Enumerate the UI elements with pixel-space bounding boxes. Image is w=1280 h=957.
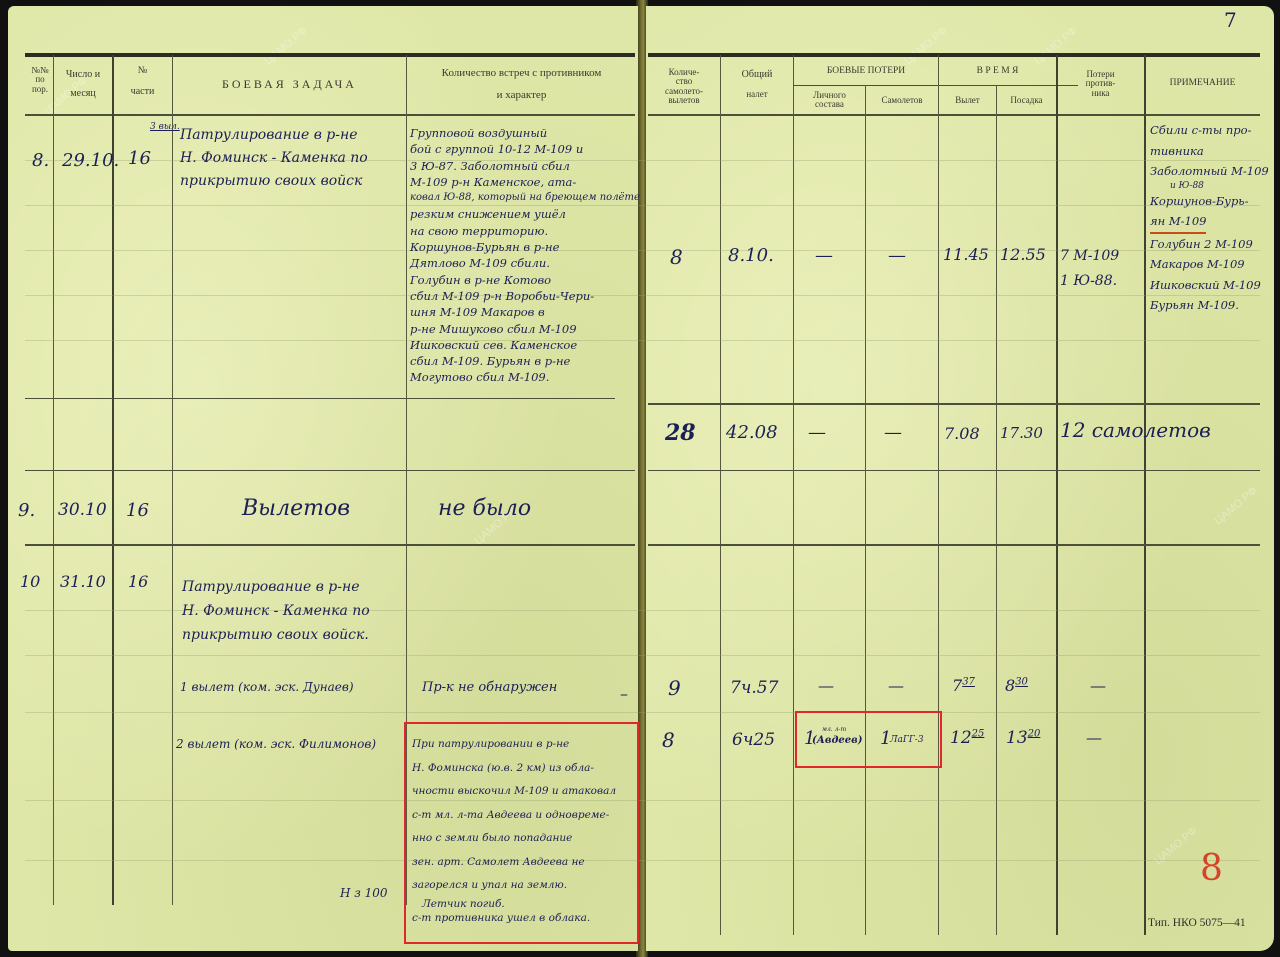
total-loss-aircraft: — bbox=[884, 422, 902, 443]
encounter-line: чности выскочил М-109 и атаковал bbox=[412, 780, 616, 804]
total-flight-time: 42.08 bbox=[726, 422, 778, 443]
header-text: налет bbox=[721, 90, 793, 99]
row-divider bbox=[648, 470, 1260, 471]
header-remarks: ПРИМЕЧАНИЕ bbox=[1145, 79, 1260, 89]
sortie-landing: 1320 bbox=[1006, 728, 1040, 748]
col-divider bbox=[112, 55, 114, 905]
row-remarks: Сбили с-ты про- тивника Заболотный М-109… bbox=[1150, 120, 1269, 316]
task-prefix: 3 выл. bbox=[150, 122, 180, 132]
header-text: месяц bbox=[54, 89, 112, 100]
row-divider bbox=[648, 544, 1260, 546]
row-divider bbox=[25, 544, 635, 546]
total-landing: 17.30 bbox=[1000, 424, 1043, 442]
encounter-line: нно с земли было попадание bbox=[412, 827, 616, 851]
encounter-line: Могутово сбил М-109. bbox=[410, 369, 640, 385]
takeoff-hour: 7 bbox=[952, 676, 962, 695]
header-encounters: Количество встреч с противником и характ… bbox=[407, 68, 636, 101]
encounter-line: шня М-109 Макаров в bbox=[410, 304, 640, 320]
encounter-line: р-не Мишуково сбил М-109 bbox=[410, 321, 640, 337]
encounter-line: загорелся и упал на землю. bbox=[412, 874, 616, 898]
header-enemy-losses: Потери против- ника bbox=[1057, 70, 1144, 98]
row-loss-aircraft: — bbox=[888, 245, 906, 266]
header-text: части bbox=[113, 87, 172, 98]
enemy-loss-line: 1 Ю-88. bbox=[1060, 269, 1119, 294]
row-loss-personnel: — bbox=[815, 245, 833, 266]
table-top-border bbox=[648, 53, 1260, 57]
header-text: Общий bbox=[721, 70, 793, 81]
remark-line: Сбили с-ты про- bbox=[1150, 120, 1269, 141]
encounter-line: зен. арт. Самолет Авдеева не bbox=[412, 851, 616, 875]
col-divider bbox=[938, 55, 939, 935]
row-encounters: Групповой воздушный бой с группой 10-12 … bbox=[410, 125, 640, 386]
header-landing: Посадка bbox=[997, 96, 1056, 105]
row-enemy-losses: 7 М-109 1 Ю-88. bbox=[1060, 244, 1119, 294]
sortie-enemy-losses: — bbox=[1090, 676, 1106, 695]
row-divider bbox=[25, 398, 615, 399]
row-encounters: не было bbox=[438, 496, 531, 521]
row-unit: 16 bbox=[128, 572, 148, 591]
row-date: 29.10. bbox=[62, 150, 119, 171]
task-line: прикрытию своих войск. bbox=[182, 623, 370, 647]
header-bottom-border bbox=[648, 114, 1260, 116]
header-losses: БОЕВЫЕ ПОТЕРИ bbox=[794, 67, 938, 77]
subheader-divider bbox=[793, 85, 1078, 86]
row-num: 10 bbox=[20, 572, 40, 591]
sortie-landing: 830 bbox=[1005, 676, 1028, 695]
col-divider bbox=[996, 85, 997, 935]
row-divider bbox=[25, 470, 635, 471]
col-divider bbox=[53, 55, 54, 905]
total-takeoff: 7.08 bbox=[944, 424, 980, 443]
encounter-line: Дятлово М-109 сбили. bbox=[410, 255, 640, 271]
col-divider bbox=[1056, 55, 1058, 935]
total-remarks: 12 самолетов bbox=[1060, 418, 1211, 442]
takeoff-hour: 12 bbox=[950, 728, 972, 748]
task-line: Н. Фоминск - Каменка по bbox=[180, 147, 368, 170]
row-task: Патрулирование в р-не Н. Фоминск - Камен… bbox=[180, 124, 368, 193]
col-divider bbox=[172, 55, 173, 905]
task-line: прикрытию своих войск bbox=[180, 170, 368, 193]
encounter-line: резким снижением ушёл bbox=[410, 206, 640, 222]
landing-minute: 30 bbox=[1015, 677, 1028, 688]
header-losses-personnel: Личного состава bbox=[794, 91, 865, 110]
sortie-flight-time: 6ч25 bbox=[732, 730, 775, 750]
total-loss-personnel: — bbox=[808, 422, 826, 443]
remark-line: Ишковский М-109 bbox=[1150, 275, 1269, 296]
landing-hour: 13 bbox=[1006, 728, 1028, 748]
header-losses-aircraft: Самолетов bbox=[866, 96, 938, 105]
col-divider bbox=[865, 85, 866, 935]
header-text: Число и bbox=[54, 70, 112, 81]
encounter-line: на свою территорию. bbox=[410, 223, 640, 239]
encounter-line: с-т противника ушел в облака. bbox=[412, 910, 616, 926]
takeoff-minute: 25 bbox=[972, 728, 985, 739]
header-text: Количество встреч с противником bbox=[407, 68, 636, 80]
encounter-line: Ишковский сев. Каменское bbox=[410, 337, 640, 353]
encounter-line: сбил М-109 р-н Воробьи-Чери- bbox=[410, 288, 640, 304]
header-text: № bbox=[113, 66, 172, 77]
row-unit: 16 bbox=[126, 500, 149, 521]
encounter-line: с-т мл. л-та Авдеева и одновреме- bbox=[412, 804, 616, 828]
sortie-label: 1 вылет (ком. эск. Дунаев) bbox=[180, 680, 354, 694]
remark-line: тивника bbox=[1150, 141, 1269, 162]
remark-line: Бурьян М-109. bbox=[1150, 295, 1269, 316]
encounter-line: Н. Фоминска (ю.в. 2 км) из обла- bbox=[412, 757, 616, 781]
ruled-line bbox=[25, 712, 1260, 713]
encounter-line: ковал Ю-88, который на бреющем полёте bbox=[410, 190, 640, 206]
header-bottom-border bbox=[25, 114, 635, 116]
header-text: ника bbox=[1057, 89, 1144, 98]
sortie-loss-personnel: — bbox=[818, 676, 834, 695]
remark-line: Коршунов-Бурь- bbox=[1150, 191, 1269, 212]
task-line: Патрулирование в р-не bbox=[182, 575, 370, 599]
remark-line: Заболотный М-109 bbox=[1150, 161, 1269, 182]
row-date: 31.10 bbox=[60, 572, 106, 591]
col-divider bbox=[1144, 55, 1146, 935]
encounter-line: При патрулировании в р-не bbox=[412, 733, 616, 757]
loss-personnel-rank: мл. л-т bbox=[822, 726, 846, 733]
loss-personnel-name: (Авдеев) bbox=[812, 735, 862, 746]
header-time: В Р Е М Я bbox=[939, 67, 1056, 77]
task-line: Н. Фоминск - Каменка по bbox=[182, 599, 370, 623]
total-sorties: 28 bbox=[665, 420, 696, 446]
row-task: Вылетов bbox=[242, 496, 350, 521]
encounter-line: Голубин в р-не Котово bbox=[410, 272, 640, 288]
sortie-encounters: При патрулировании в р-не Н. Фоминска (ю… bbox=[412, 733, 616, 926]
header-text: вылетов bbox=[648, 96, 720, 105]
sortie-takeoff: 1225 bbox=[950, 728, 984, 748]
sortie-sorties: 8 bbox=[662, 728, 675, 752]
encounter-line: Групповой воздушный bbox=[410, 125, 640, 141]
sortie-loss-aircraft: — bbox=[888, 676, 904, 695]
task-line: Патрулирование в р-не bbox=[180, 124, 368, 147]
header-text: и характер bbox=[407, 90, 636, 102]
page-number: 7 bbox=[1224, 8, 1237, 32]
side-note: Н з 100 bbox=[340, 886, 388, 900]
remark-line: Голубин 2 М-109 bbox=[1150, 234, 1269, 255]
encounter-line: 3 Ю-87. Заболотный сбил bbox=[410, 158, 640, 174]
header-text: состава bbox=[794, 100, 865, 109]
col-divider bbox=[720, 55, 721, 935]
header-sorties: Количе- ство самолето- вылетов bbox=[648, 68, 720, 106]
takeoff-minute: 37 bbox=[962, 677, 975, 688]
red-page-number: 8 bbox=[1200, 848, 1223, 889]
row-landing: 12.55 bbox=[1000, 245, 1046, 264]
header-task: БОЕВАЯ ЗАДАЧА bbox=[173, 78, 406, 91]
loss-aircraft-type: ЛаГГ-3 bbox=[890, 735, 924, 745]
ruled-line bbox=[25, 205, 1260, 206]
row-unit: 16 bbox=[128, 148, 151, 169]
col-divider bbox=[793, 55, 794, 935]
header-flight-time: Общий налет bbox=[721, 70, 793, 99]
printer-mark: Тип. НКО 5075—41 bbox=[1148, 917, 1246, 929]
ruled-line bbox=[25, 860, 1260, 861]
landing-minute: 20 bbox=[1028, 728, 1041, 739]
sortie-flight-time: 7ч.57 bbox=[730, 678, 778, 698]
remark-line: и Ю-88 bbox=[1170, 182, 1269, 191]
ruled-line bbox=[25, 800, 1260, 801]
row-sorties: 8 bbox=[670, 245, 683, 269]
encounter-line: бой с группой 10-12 М-109 и bbox=[410, 141, 640, 157]
row-takeoff: 11.45 bbox=[943, 245, 989, 264]
encounter-line: сбил М-109. Бурьян в р-не bbox=[410, 353, 640, 369]
remark-line: Макаров М-109 bbox=[1150, 254, 1269, 275]
header-num: №№ по пор. bbox=[26, 66, 54, 94]
row-flight-time: 8.10. bbox=[728, 245, 774, 266]
row-divider bbox=[648, 403, 1260, 405]
sortie-label: 2 вылет (ком. эск. Филимонов) bbox=[176, 737, 376, 751]
row-num: 9. bbox=[18, 500, 35, 521]
header-takeoff: Вылет bbox=[939, 96, 996, 105]
encounter-line: М-109 р-н Каменское, ата- bbox=[410, 174, 640, 190]
table-top-border bbox=[25, 53, 635, 57]
row-num: 8. bbox=[32, 150, 49, 171]
sortie-enemy-losses: — bbox=[1086, 728, 1102, 747]
ruled-line bbox=[25, 295, 1260, 296]
enemy-loss-line: 7 М-109 bbox=[1060, 244, 1119, 269]
encounter-line: Летчик погиб. bbox=[422, 898, 616, 910]
header-unit: № части bbox=[113, 66, 172, 97]
sortie-encounters: Пр-к не обнаружен bbox=[422, 680, 557, 695]
remark-line: ян М-109 bbox=[1150, 211, 1206, 234]
header-text: пор. bbox=[26, 85, 54, 94]
sortie-takeoff: 737 bbox=[952, 676, 975, 695]
dash-mark: – bbox=[620, 684, 628, 703]
ruled-line bbox=[25, 340, 1260, 341]
landing-hour: 8 bbox=[1005, 676, 1015, 695]
row-date: 30.10 bbox=[58, 500, 107, 520]
row-task: Патрулирование в р-не Н. Фоминск - Камен… bbox=[182, 575, 370, 647]
encounter-line: Коршунов-Бурьян в р-не bbox=[410, 239, 640, 255]
ruled-line bbox=[25, 655, 1260, 656]
header-date: Число и месяц bbox=[54, 70, 112, 99]
sortie-sorties: 9 bbox=[668, 676, 681, 700]
